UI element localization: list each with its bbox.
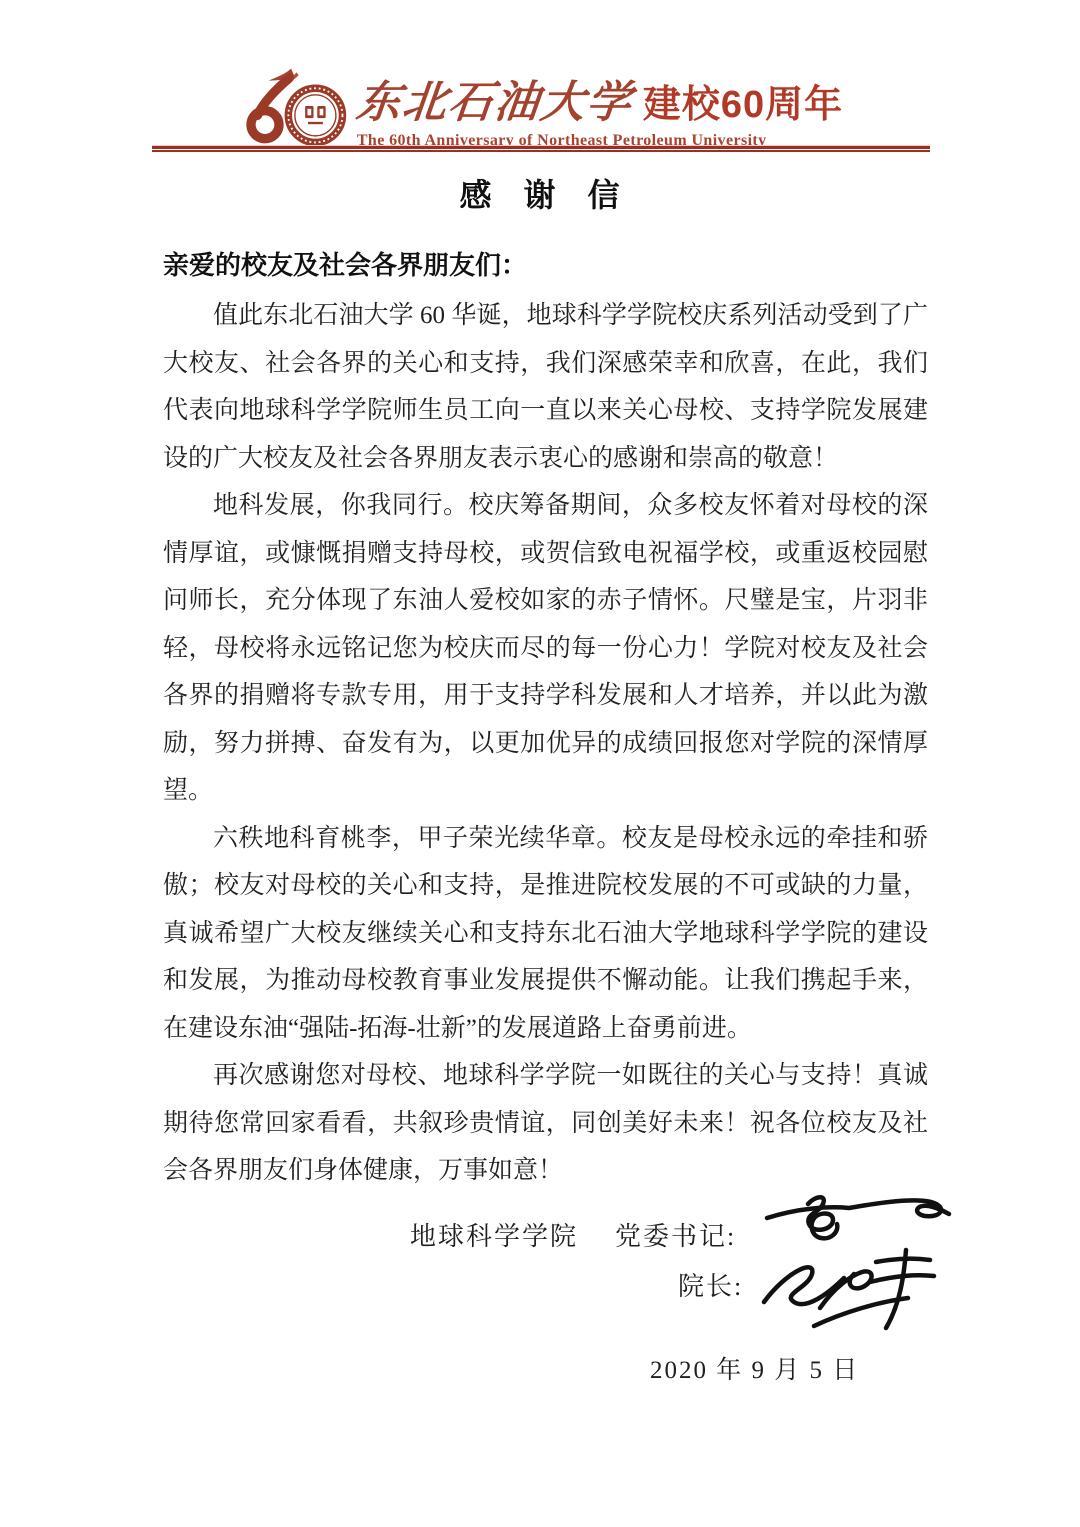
- anniversary-label: 建校60周年: [643, 73, 843, 128]
- paragraph-2: 地科发展，你我同行。校庆筹备期间，众多校友怀着对母校的深情厚谊，或慷慨捐赠支持母…: [163, 482, 928, 815]
- signature-role-dean: 院长:: [678, 1266, 743, 1303]
- university-name-calligraphy: 东北石油大学: [353, 66, 636, 130]
- secretary-signature-squiggle: [808, 1197, 837, 1238]
- header-divider-rule: [152, 145, 930, 153]
- page-header: 东北石油大学 建校60周年 The 60th Anniversary of No…: [0, 66, 1080, 150]
- dean-signature: [758, 1236, 943, 1336]
- dean-signature-loop-left: [764, 1267, 844, 1304]
- signature-role-party-secretary: 党委书记:: [615, 1216, 736, 1253]
- secretary-signature-sweep: [767, 1200, 949, 1218]
- logo-six-loop: [251, 111, 279, 139]
- header-text-block: 东北石油大学 建校60周年 The 60th Anniversary of No…: [357, 66, 843, 150]
- anniversary-60-logo-icon: [237, 66, 349, 146]
- letter-title: 感 谢 信: [163, 170, 928, 216]
- letter-page: 东北石油大学 建校60周年 The 60th Anniversary of No…: [0, 0, 1080, 1527]
- paragraph-1: 值此东北石油大学 60 华诞，地球科学学院校庆系列活动受到了广大校友、社会各界的…: [163, 292, 928, 482]
- paragraph-3: 六秩地科育桃李，甲子荣光续华章。校友是母校永远的牵挂和骄傲；校友对母校的关心和支…: [163, 815, 928, 1053]
- signature-block: 地球科学学院 党委书记: 院长:: [163, 1198, 928, 1348]
- logo-seal-emblem-slit-2: [319, 109, 323, 116]
- logo-seal-inner: [295, 95, 336, 136]
- logo-seal-year: [308, 122, 323, 124]
- salutation: 亲爱的校友及社会各界朋友们：: [163, 246, 928, 286]
- letter-body: 感 谢 信 亲爱的校友及社会各界朋友们： 值此东北石油大学 60 华诞，地球科学…: [163, 170, 928, 1195]
- header-title-row: 东北石油大学 建校60周年: [357, 66, 843, 130]
- signature-organization: 地球科学学院: [410, 1216, 578, 1253]
- paragraph-4: 再次感谢您对母校、地球科学学院一如既往的关心与支持！真诚期待您常回家看看，共叙珍…: [163, 1052, 928, 1195]
- logo-seal-emblem-slit-1: [307, 109, 311, 116]
- letter-date: 2020 年 9 月 5 日: [650, 1350, 859, 1386]
